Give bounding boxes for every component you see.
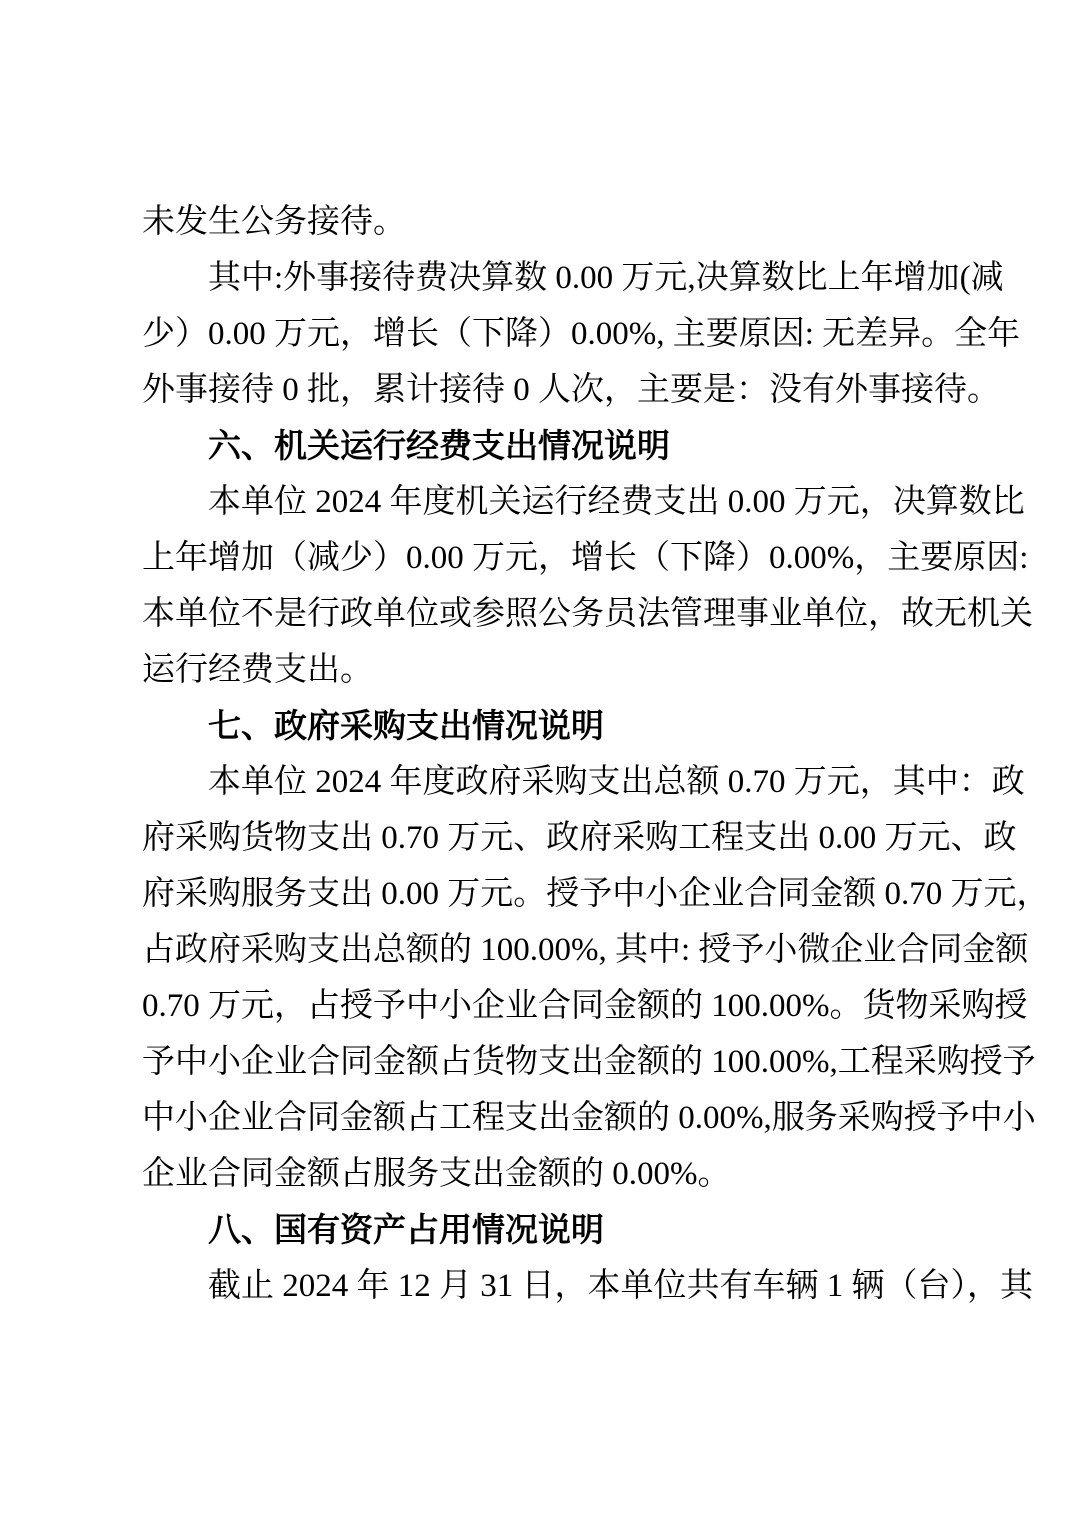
- text-line: 本单位不是行政单位或参照公务员法管理事业单位，故无机关: [142, 586, 932, 642]
- text-line: 本单位 2024 年度政府采购支出总额 0.70 万元，其中：政: [142, 754, 932, 810]
- text-line: 运行经费支出。: [142, 642, 932, 698]
- text-line: 截止 2024 年 12 月 31 日，本单位共有车辆 1 辆（台），其: [142, 1258, 932, 1314]
- text-line: 其中:外事接待费决算数 0.00 万元,决算数比上年增加(减: [142, 250, 932, 306]
- text-line: 外事接待 0 批，累计接待 0 人次，主要是：没有外事接待。: [142, 362, 932, 418]
- text-line: 予中小企业合同金额占货物支出金额的 100.00%,工程采购授予: [142, 1034, 932, 1090]
- text-line: 中小企业合同金额占工程支出金额的 0.00%,服务采购授予中小: [142, 1090, 932, 1146]
- section-heading: 七、政府采购支出情况说明: [142, 698, 932, 754]
- text-line: 府采购货物支出 0.70 万元、政府采购工程支出 0.00 万元、政: [142, 810, 932, 866]
- section-heading: 八、国有资产占用情况说明: [142, 1202, 932, 1258]
- text-line: 少）0.00 万元，增长（下降）0.00%, 主要原因: 无差异。全年: [142, 306, 932, 362]
- text-line: 上年增加（减少）0.00 万元，增长（下降）0.00%，主要原因:: [142, 530, 932, 586]
- text-line: 本单位 2024 年度机关运行经费支出 0.00 万元，决算数比: [142, 474, 932, 530]
- text-line: 占政府采购支出总额的 100.00%, 其中: 授予小微企业合同金额: [142, 922, 932, 978]
- text-line: 未发生公务接待。: [142, 194, 932, 250]
- section-heading: 六、机关运行经费支出情况说明: [142, 418, 932, 474]
- text-line: 企业合同金额占服务支出金额的 0.00%。: [142, 1146, 932, 1202]
- text-line: 府采购服务支出 0.00 万元。授予中小企业合同金额 0.70 万元，: [142, 866, 932, 922]
- document-text-area: 未发生公务接待。 其中:外事接待费决算数 0.00 万元,决算数比上年增加(减 …: [142, 194, 932, 1314]
- document-page: 未发生公务接待。 其中:外事接待费决算数 0.00 万元,决算数比上年增加(减 …: [0, 0, 1074, 1520]
- text-line: 0.70 万元，占授予中小企业合同金额的 100.00%。货物采购授: [142, 978, 932, 1034]
